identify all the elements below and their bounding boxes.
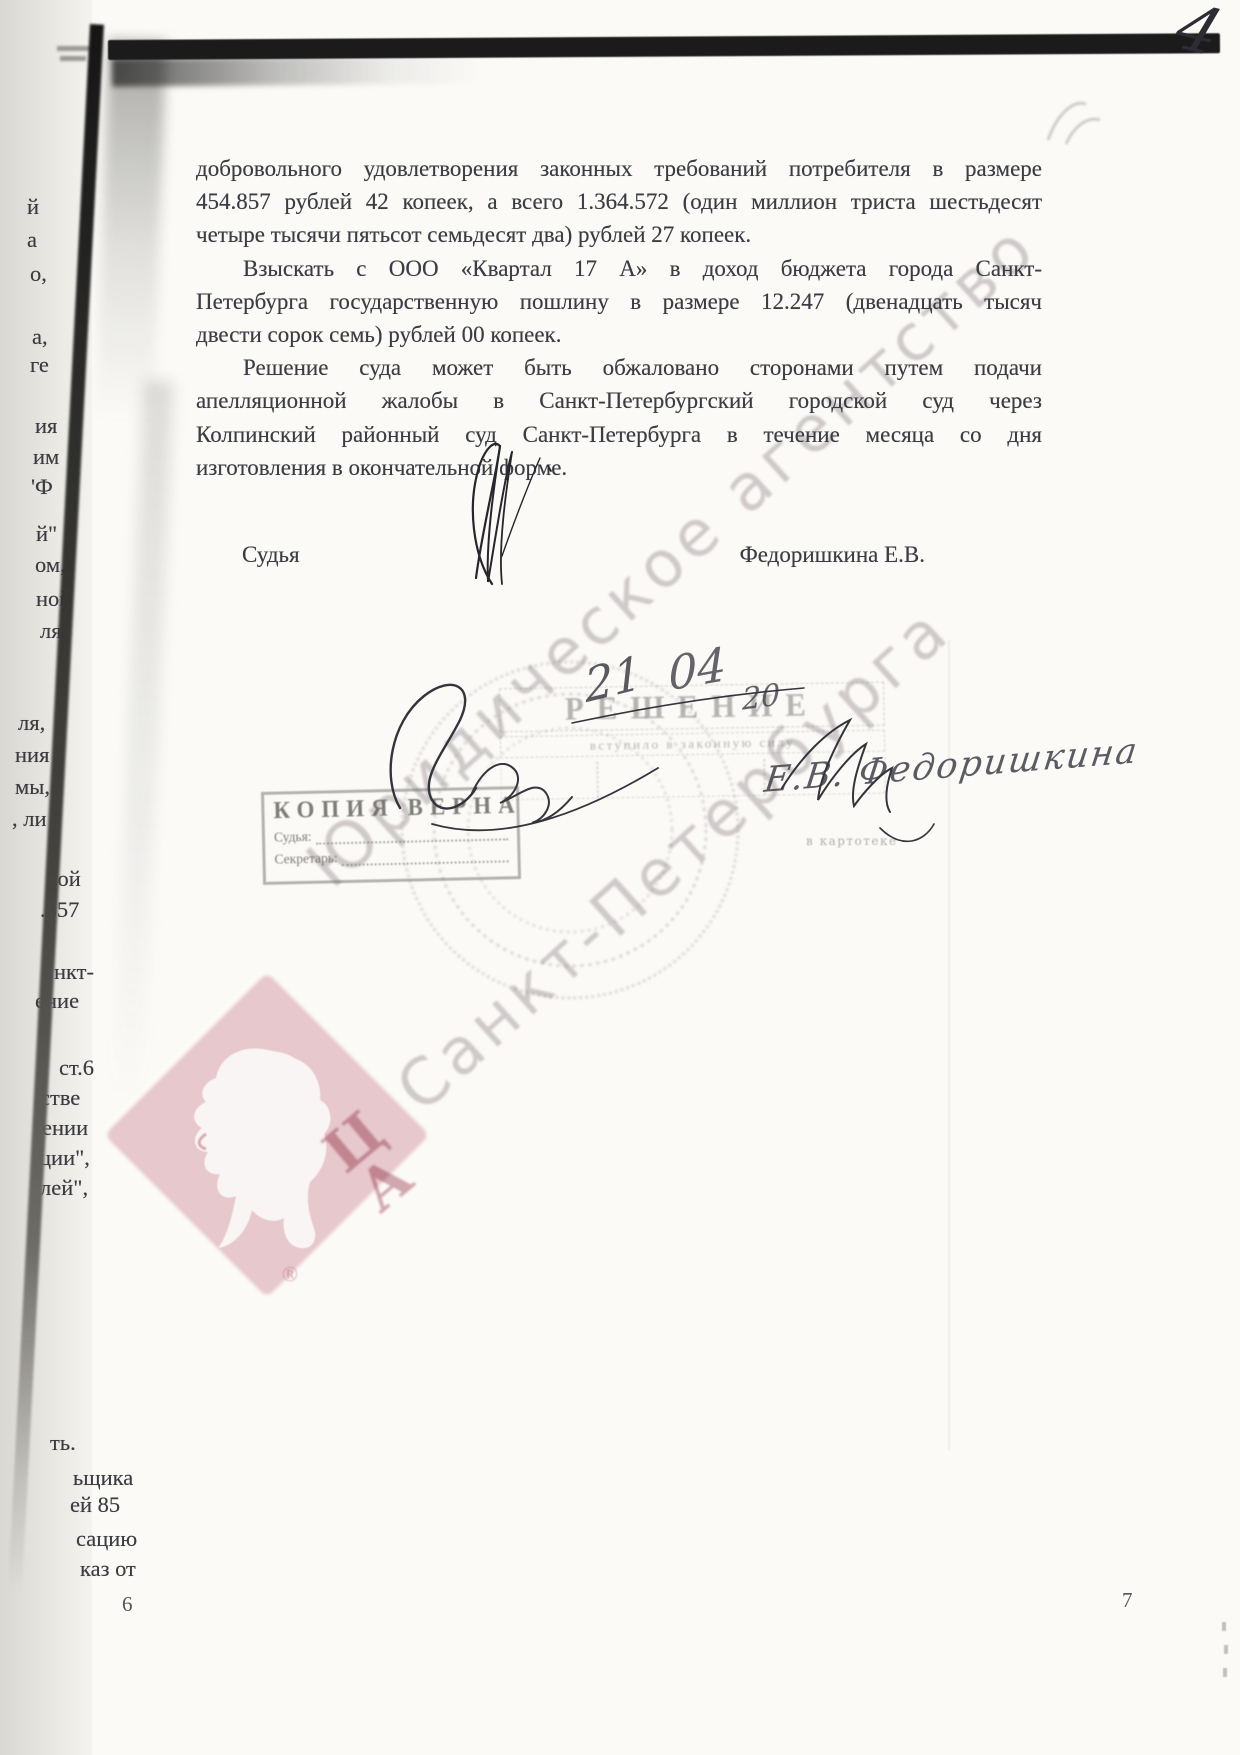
edge-fragment: им [33,444,59,470]
edge-fragment: ть. [50,1430,76,1456]
text-line: Колпинский районный суд Санкт-Петербурга… [196,418,1042,451]
text-line: двести сорок семь) рублей 00 копеек. [196,318,1042,351]
text-line: Решение суда может быть обжаловано сторо… [196,351,1042,384]
text-line: Взыскать с ООО «Квартал 17 А» в доход бю… [196,252,1042,285]
edge-fragment: ции", [39,1145,90,1171]
edge-fragment: ния [15,742,49,768]
edge-fragment: а, [32,324,48,350]
handwritten-corner-mark: 4 [1166,0,1231,71]
edge-fragment: ст.6 [59,1055,94,1081]
edge-fragment: ге [30,352,49,378]
text-line: изготовления в окончательной форме. [196,451,1042,484]
edge-fragment: й" [36,521,57,547]
scan-edge-mark [1223,1668,1227,1677]
copy-stamp-judge-label: Судья: [274,829,312,846]
pen-flourishes [372,628,962,898]
edge-fragment: й [27,194,39,220]
scan-fold-shadow-soft [112,380,173,1101]
edge-fragment: ия [35,413,57,439]
edge-fragment: лей", [40,1175,88,1201]
edge-fragment: каз от [80,1556,136,1582]
edge-fragment: 'Ф [31,474,53,500]
edge-fragment: о, [30,261,47,287]
judge-label: Судья [242,538,300,571]
text-line: апелляционной жалобы в Санкт-Петербургск… [196,384,1042,417]
scan-top-bar-smear [112,55,482,86]
scan-black-bar [108,33,1220,60]
lion-icon [182,1042,332,1254]
copy-stamp-secretary-label: Секретарь: [274,850,338,867]
edge-fragment: ля, [18,710,45,736]
registered-trademark-icon: ® [282,1262,298,1287]
pencil-smudge [1042,96,1112,156]
judge-name: Федоришкина Е.В. [740,538,925,571]
edge-fragment: нкт- [54,959,94,985]
edge-fragment: , ли [12,806,47,832]
scan-smudge [60,56,86,61]
edge-fragment: мы, [15,774,50,800]
text-line: 454.857 рублей 42 копеек, а всего 1.364.… [196,185,1042,218]
text-line: четыре тысячи пятьсот семьдесят два) руб… [196,218,1042,251]
edge-fragment: ении [42,1115,88,1141]
scan-fold-shadow [95,39,166,421]
scan-edge-mark [1222,1622,1226,1631]
signature-row: Судья Федоришкина Е.В. [196,538,1042,571]
page-number-right: 7 [1122,1588,1133,1613]
judge-signature [436,436,566,588]
scan-edge-mark [1224,1645,1228,1654]
edge-fragment: ей 85 [70,1492,120,1518]
edge-fragment: а [27,227,37,253]
scanned-court-document-page: Юридическое агентство Санкт-Петербурга Ц… [0,0,1240,1755]
page-number-left: 6 [122,1592,133,1617]
edge-fragment: сацию [76,1526,137,1552]
text-line: добровольного удовлетворения законных тр… [196,152,1042,185]
text-line: Петербурга государственную пошлину в раз… [196,285,1042,318]
edge-fragment: ьщика [73,1465,133,1491]
decision-text-block: добровольного удовлетворения законных тр… [196,152,1042,571]
